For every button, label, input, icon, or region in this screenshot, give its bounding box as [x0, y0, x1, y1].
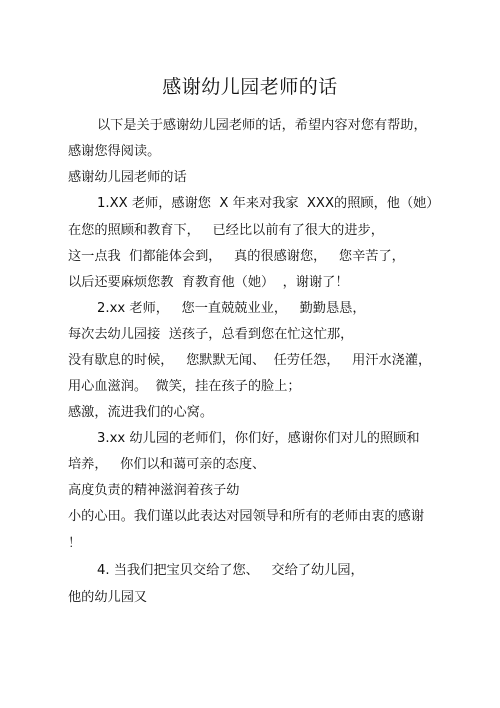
- document-title: 感谢幼儿园老师的话: [0, 72, 500, 99]
- paragraph-line: 4. 当我们把宝贝交给了您、 交给了幼儿园，: [97, 562, 364, 580]
- paragraph-line: 没有歇息的时候， 您默默无闻、 任劳任怨， 用汗水浇灌，: [68, 352, 431, 370]
- paragraph-line: 用心血滋润。 微笑，挂在孩子的脸上；: [68, 378, 301, 396]
- paragraph-line: 他的幼儿园又: [68, 589, 147, 607]
- paragraph-line: 感谢您得阅读。: [68, 143, 160, 161]
- paragraph-line: 小的心田。我们谨以此表达对园领导和所有的老师由衷的感谢: [68, 508, 424, 526]
- paragraph-line: ！: [68, 535, 81, 553]
- paragraph-line: 每次去幼儿园接 送孩子，总看到您在忙这忙那，: [68, 326, 353, 344]
- paragraph-line: 这一点我 们都能体会到， 真的很感谢您， 您辛苦了，: [68, 248, 405, 266]
- paragraph-line: 高度负责的精神滋润着孩子幼: [68, 482, 239, 500]
- paragraph-line: 感激，流进我们的心窝。: [68, 404, 213, 422]
- section-heading: 感谢幼儿园老师的话: [68, 169, 187, 187]
- paragraph-line: 2.xx 老师， 您一直兢兢业业， 勤勤恳恳，: [97, 300, 366, 318]
- paragraph-line: 在您的照顾和教育下， 已经比以前有了很大的进步，: [68, 222, 384, 240]
- paragraph-line: 以下是关于感谢幼儿园老师的话，希望内容对您有帮助，: [97, 117, 427, 135]
- paragraph-line: 3.xx 幼儿园的老师们，你们好，感谢你们对儿的照顾和: [97, 430, 420, 448]
- paragraph-line: 以后还要麻烦您教 育教育他（她） ，谢谢了！: [68, 274, 349, 292]
- paragraph-line: 1.XX 老师，感谢您 X 年来对我家 XXX的照顾，他（她）: [97, 195, 440, 213]
- paragraph-line: 培养， 你们以和蔼可亲的态度、: [68, 456, 265, 474]
